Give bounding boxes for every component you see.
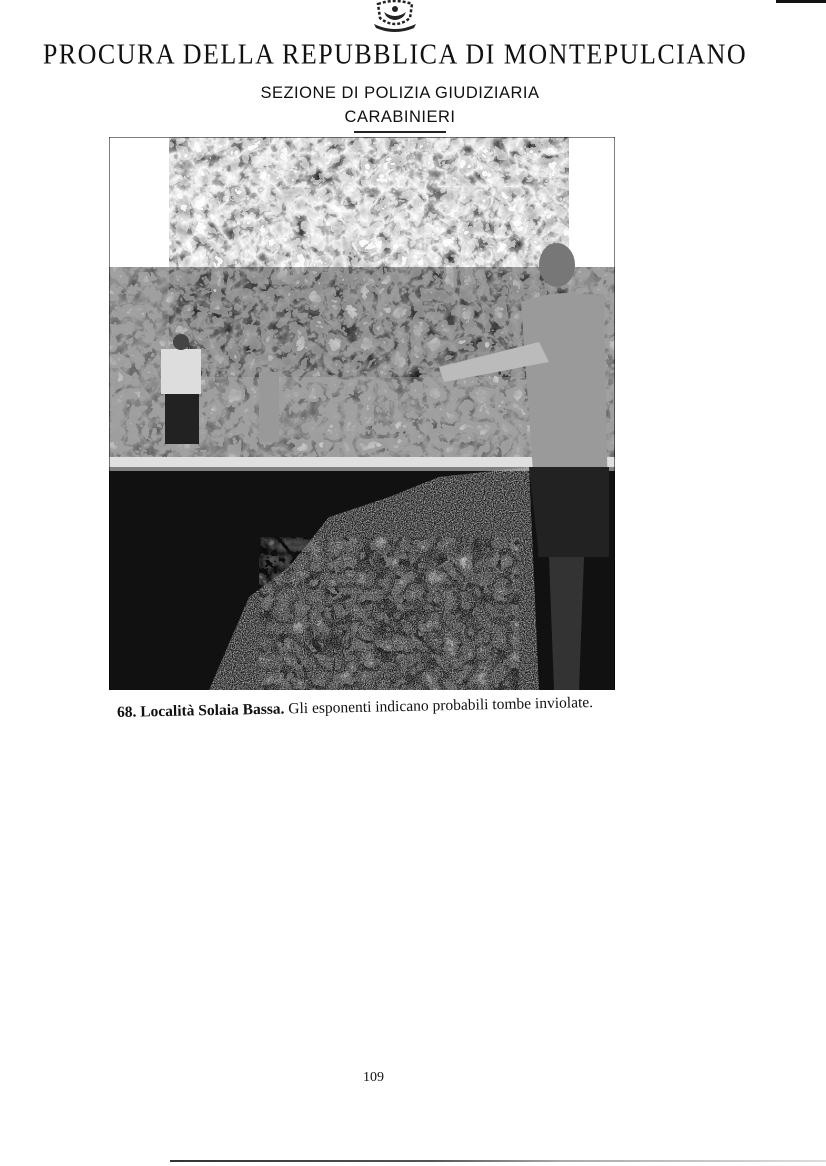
page-number: 109 [363, 1070, 384, 1086]
page-title: PROCURA DELLA REPUBBLICA DI MONTEPULCIAN… [0, 39, 790, 71]
header-rule [354, 131, 446, 133]
scan-bottom-edge [170, 1160, 826, 1162]
unit-subtitle: CARABINIERI [0, 108, 800, 127]
scan-edge-mark [776, 0, 826, 3]
photo-landscape-with-people [109, 137, 615, 690]
caption-number: 68. [117, 704, 137, 721]
caption-text: Gli esponenti indicano probabili tombe i… [288, 694, 593, 717]
emblem-icon [366, 0, 424, 36]
section-subtitle: SEZIONE DI POLIZIA GIUDIZIARIA [0, 84, 800, 103]
figure-caption: 68. Località Solaia Bassa. Gli esponenti… [117, 694, 593, 722]
caption-location: Località Solaia Bassa. [140, 700, 285, 720]
